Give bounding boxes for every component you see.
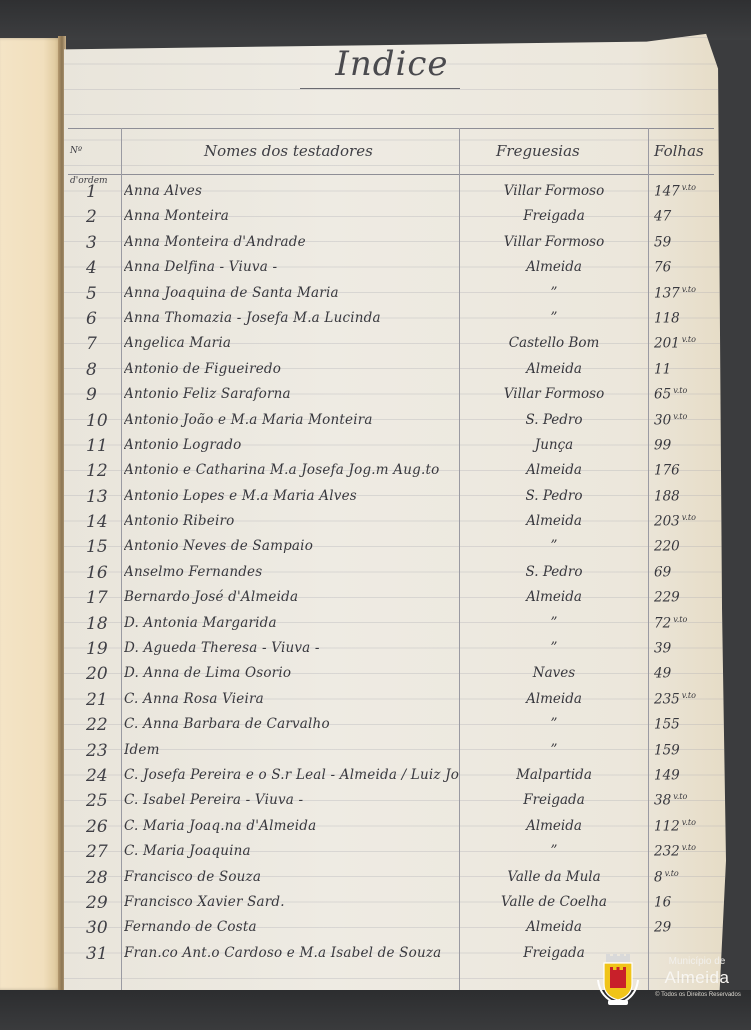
folio: 220 [654,538,724,555]
testator-name: Antonio Neves de Sampaio [124,538,459,554]
entry-number: 4 [86,258,116,278]
entry-number: 10 [86,411,116,431]
ledger-page: Indice Nº d'ordem Nomes dos testadores F… [64,30,726,996]
folio-verso-mark: v.to [665,869,679,878]
folio-verso-mark: v.to [682,183,696,192]
folio: 232v.to [654,843,724,860]
parish: Villar Formoso [464,234,644,250]
folio-number: 203 [654,514,680,530]
folio: 49 [654,665,724,682]
table-row: 27C. Maria Joaquina”232v.to [64,838,726,863]
folio-number: 8 [654,869,663,885]
folio-verso-mark: v.to [673,412,687,421]
folio: 16 [654,894,724,911]
table-row: 4Anna Delfina - Viuva -Almeida76 [64,254,726,279]
folio-verso-mark: v.to [682,513,696,522]
parish: Castello Bom [464,335,644,351]
folio-number: 99 [654,437,671,453]
folio: 38v.to [654,792,724,809]
parish: Villar Formoso [464,183,644,199]
entry-number: 24 [86,766,116,786]
watermark-line1: Município de [652,956,742,967]
watermark-rights: © Todos os Direitos Reservados [646,992,750,998]
entry-number: 20 [86,664,116,684]
entry-number: 26 [86,817,116,837]
folio: 59 [654,234,724,251]
testator-name: Anna Monteira [124,208,459,224]
page-title: Indice [292,44,492,84]
table-row: 26C. Maria Joaq.na d'AlmeidaAlmeida112v.… [64,813,726,838]
title-flourish [300,88,460,89]
folio: 118 [654,310,724,327]
folio-number: 38 [654,793,671,809]
table-row: 30Fernando de CostaAlmeida29 [64,914,726,939]
entry-number: 14 [86,512,116,532]
testator-name: C. Maria Joaq.na d'Almeida [124,818,459,834]
folio-number: 47 [654,209,671,225]
table-row: 17Bernardo José d'AlmeidaAlmeida229 [64,584,726,609]
testator-name: Antonio Logrado [124,437,459,453]
folio: 112v.to [654,818,724,835]
entry-number: 11 [86,436,116,456]
testator-name: C. Anna Barbara de Carvalho [124,716,459,732]
table-row: 22C. Anna Barbara de Carvalho”155 [64,711,726,736]
folio: 235v.to [654,691,724,708]
folio-number: 11 [654,361,671,377]
entry-number: 5 [86,284,116,304]
folio-number: 232 [654,844,680,860]
table-row: 25C. Isabel Pereira - Viuva -Freigada38v… [64,787,726,812]
parish: ” [464,285,644,301]
folio: 137v.to [654,285,724,302]
entry-number: 9 [86,385,116,405]
entry-number: 18 [86,614,116,634]
folio: 147v.to [654,183,724,200]
parish: Almeida [464,691,644,707]
folio-number: 65 [654,387,671,403]
testator-name: Antonio Lopes e M.a Maria Alves [124,488,459,504]
folio: 8v.to [654,869,724,886]
testator-name: Antonio Ribeiro [124,513,459,529]
parish: Malpartida [464,767,644,783]
parish: Junça [464,437,644,453]
folio-number: 220 [654,539,680,555]
folio-number: 30 [654,412,671,428]
folio-number: 39 [654,641,671,657]
folio-verso-mark: v.to [673,792,687,801]
table-row: 9Antonio Feliz SarafornaVillar Formoso65… [64,381,726,406]
folio-verso-mark: v.to [673,386,687,395]
testator-name: Anna Monteira d'Andrade [124,234,459,250]
folio-number: 201 [654,336,680,352]
parish: Freigada [464,792,644,808]
testator-name: Angelica Maria [124,335,459,351]
table-row: 23Idem”159 [64,737,726,762]
parish: Naves [464,665,644,681]
testator-name: Anna Alves [124,183,459,199]
folio: 229 [654,589,724,606]
folio: 176 [654,462,724,479]
watermark-logo: Município de Almeida © Todos os Direitos… [590,950,750,1010]
folio: 188 [654,488,724,505]
folio-verso-mark: v.to [682,285,696,294]
header-bottom-rule [68,174,714,175]
table-row: 12Antonio e Catharina M.a Josefa Jog.m A… [64,457,726,482]
table-row: 29Francisco Xavier Sard.Valle de Coelha1… [64,889,726,914]
folio: 47 [654,208,724,225]
folio: 159 [654,742,724,759]
parish: Almeida [464,361,644,377]
testator-name: C. Josefa Pereira e o S.r Leal - Almeida… [124,767,459,783]
folio: 72v.to [654,615,724,632]
column-header-name: Nomes dos testadores [204,136,404,166]
folio: 99 [654,437,724,454]
folio-number: 72 [654,615,671,631]
folio-number: 159 [654,742,680,758]
table-row: 21C. Anna Rosa VieiraAlmeida235v.to [64,686,726,711]
table-row: 28Francisco de SouzaValle da Mula8v.to [64,864,726,889]
folio: 39 [654,640,724,657]
parish: Almeida [464,259,644,275]
folio-number: 137 [654,285,680,301]
testator-name: D. Anna de Lima Osorio [124,665,459,681]
folio: 201v.to [654,335,724,352]
entry-number: 29 [86,893,116,913]
testator-name: Antonio Feliz Saraforna [124,386,459,402]
entry-number: 12 [86,461,116,481]
previous-page-edge [0,38,62,990]
folio-number: 235 [654,691,680,707]
folio-number: 229 [654,590,680,606]
folio: 69 [654,564,724,581]
testator-name: Francisco Xavier Sard. [124,894,459,910]
table-row: 20D. Anna de Lima OsorioNaves49 [64,660,726,685]
column-header-parish: Freguesias [496,136,616,166]
folio-number: 176 [654,463,680,479]
table-row: 18D. Antonia Margarida”72v.to [64,610,726,635]
testator-name: Bernardo José d'Almeida [124,589,459,605]
folio-number: 59 [654,234,671,250]
testator-name: D. Antonia Margarida [124,615,459,631]
table-row: 19D. Agueda Theresa - Viuva -”39 [64,635,726,660]
folio: 11 [654,361,724,378]
testator-name: C. Maria Joaquina [124,843,459,859]
entry-number: 30 [86,918,116,938]
dark-backdrop [0,0,751,40]
folio-number: 49 [654,666,671,682]
folio-number: 112 [654,818,680,834]
parish: ” [464,716,644,732]
folio-verso-mark: v.to [682,843,696,852]
parish: S. Pedro [464,564,644,580]
table-row: 2Anna MonteiraFreigada47 [64,203,726,228]
parish: S. Pedro [464,488,644,504]
table-row: 8Antonio de FigueiredoAlmeida11 [64,356,726,381]
entry-number: 8 [86,360,116,380]
testator-name: C. Isabel Pereira - Viuva - [124,792,459,808]
folio: 30v.to [654,412,724,429]
index-table-body: 1Anna AlvesVillar Formoso147v.to2Anna Mo… [64,178,726,965]
testator-name: Idem [124,742,459,758]
testator-name: Antonio João e M.a Maria Monteira [124,412,459,428]
folio-number: 29 [654,920,671,936]
folio-number: 149 [654,767,680,783]
entry-number: 22 [86,715,116,735]
testator-name: Anselmo Fernandes [124,564,459,580]
entry-number: 31 [86,944,116,964]
column-header-folio: Folhas [654,136,714,166]
parish: Valle de Coelha [464,894,644,910]
parish: Freigada [464,208,644,224]
folio-number: 188 [654,488,680,504]
testator-name: Anna Thomazia - Josefa M.a Lucinda [124,310,459,326]
table-row: 13Antonio Lopes e M.a Maria AlvesS. Pedr… [64,483,726,508]
folio: 149 [654,767,724,784]
testator-name: Fran.co Ant.o Cardoso e M.a Isabel de So… [124,945,459,961]
entry-number: 27 [86,842,116,862]
table-row: 5Anna Joaquina de Santa Maria”137v.to [64,280,726,305]
testator-name: Fernando de Costa [124,919,459,935]
parish: Almeida [464,818,644,834]
watermark-line2: Almeida [652,968,742,988]
folio-number: 155 [654,717,680,733]
header-top-rule [68,128,714,129]
table-row: 16Anselmo FernandesS. Pedro69 [64,559,726,584]
entry-number: 23 [86,741,116,761]
testator-name: C. Anna Rosa Vieira [124,691,459,707]
parish: ” [464,538,644,554]
entry-number: 25 [86,791,116,811]
parish: Almeida [464,462,644,478]
parish: Almeida [464,919,644,935]
table-row: 24C. Josefa Pereira e o S.r Leal - Almei… [64,762,726,787]
parish: Valle da Mula [464,869,644,885]
folio-number: 147 [654,184,680,200]
table-row: 7Angelica MariaCastello Bom201v.to [64,330,726,355]
folio: 76 [654,259,724,276]
testator-name: Francisco de Souza [124,869,459,885]
folio-verso-mark: v.to [682,818,696,827]
table-row: 15Antonio Neves de Sampaio”220 [64,533,726,558]
testator-name: Anna Joaquina de Santa Maria [124,285,459,301]
column-header-number: Nº d'ordem [70,136,120,166]
parish: ” [464,310,644,326]
folio-number: 76 [654,260,671,276]
table-row: 10Antonio João e M.a Maria MonteiraS. Pe… [64,407,726,432]
entry-number: 16 [86,563,116,583]
folio: 29 [654,919,724,936]
testator-name: Antonio de Figueiredo [124,361,459,377]
parish: Villar Formoso [464,386,644,402]
parish: ” [464,640,644,656]
table-row: 11Antonio LogradoJunça99 [64,432,726,457]
folio: 203v.to [654,513,724,530]
folio-verso-mark: v.to [682,335,696,344]
table-row: 6Anna Thomazia - Josefa M.a Lucinda”118 [64,305,726,330]
testator-name: Anna Delfina - Viuva - [124,259,459,275]
table-row: 3Anna Monteira d'AndradeVillar Formoso59 [64,229,726,254]
folio: 155 [654,716,724,733]
entry-number: 15 [86,537,116,557]
folio-number: 16 [654,894,671,910]
entry-number: 21 [86,690,116,710]
testator-name: Antonio e Catharina M.a Josefa Jog.m Aug… [124,462,459,478]
parish: ” [464,615,644,631]
parish: Almeida [464,513,644,529]
entry-number: 6 [86,309,116,329]
folio-verso-mark: v.to [673,615,687,624]
folio: 65v.to [654,386,724,403]
entry-number: 3 [86,233,116,253]
entry-number: 7 [86,334,116,354]
coat-of-arms-icon [596,954,640,1006]
parish: S. Pedro [464,412,644,428]
testator-name: D. Agueda Theresa - Viuva - [124,640,459,656]
parish: Almeida [464,589,644,605]
folio-number: 118 [654,310,680,326]
entry-number: 1 [86,182,116,202]
entry-number: 28 [86,868,116,888]
entry-number: 2 [86,207,116,227]
table-row: 1Anna AlvesVillar Formoso147v.to [64,178,726,203]
parish: ” [464,843,644,859]
entry-number: 17 [86,588,116,608]
entry-number: 19 [86,639,116,659]
entry-number: 13 [86,487,116,507]
folio-number: 69 [654,564,671,580]
folio-verso-mark: v.to [682,691,696,700]
table-row: 14Antonio RibeiroAlmeida203v.to [64,508,726,533]
parish: ” [464,742,644,758]
